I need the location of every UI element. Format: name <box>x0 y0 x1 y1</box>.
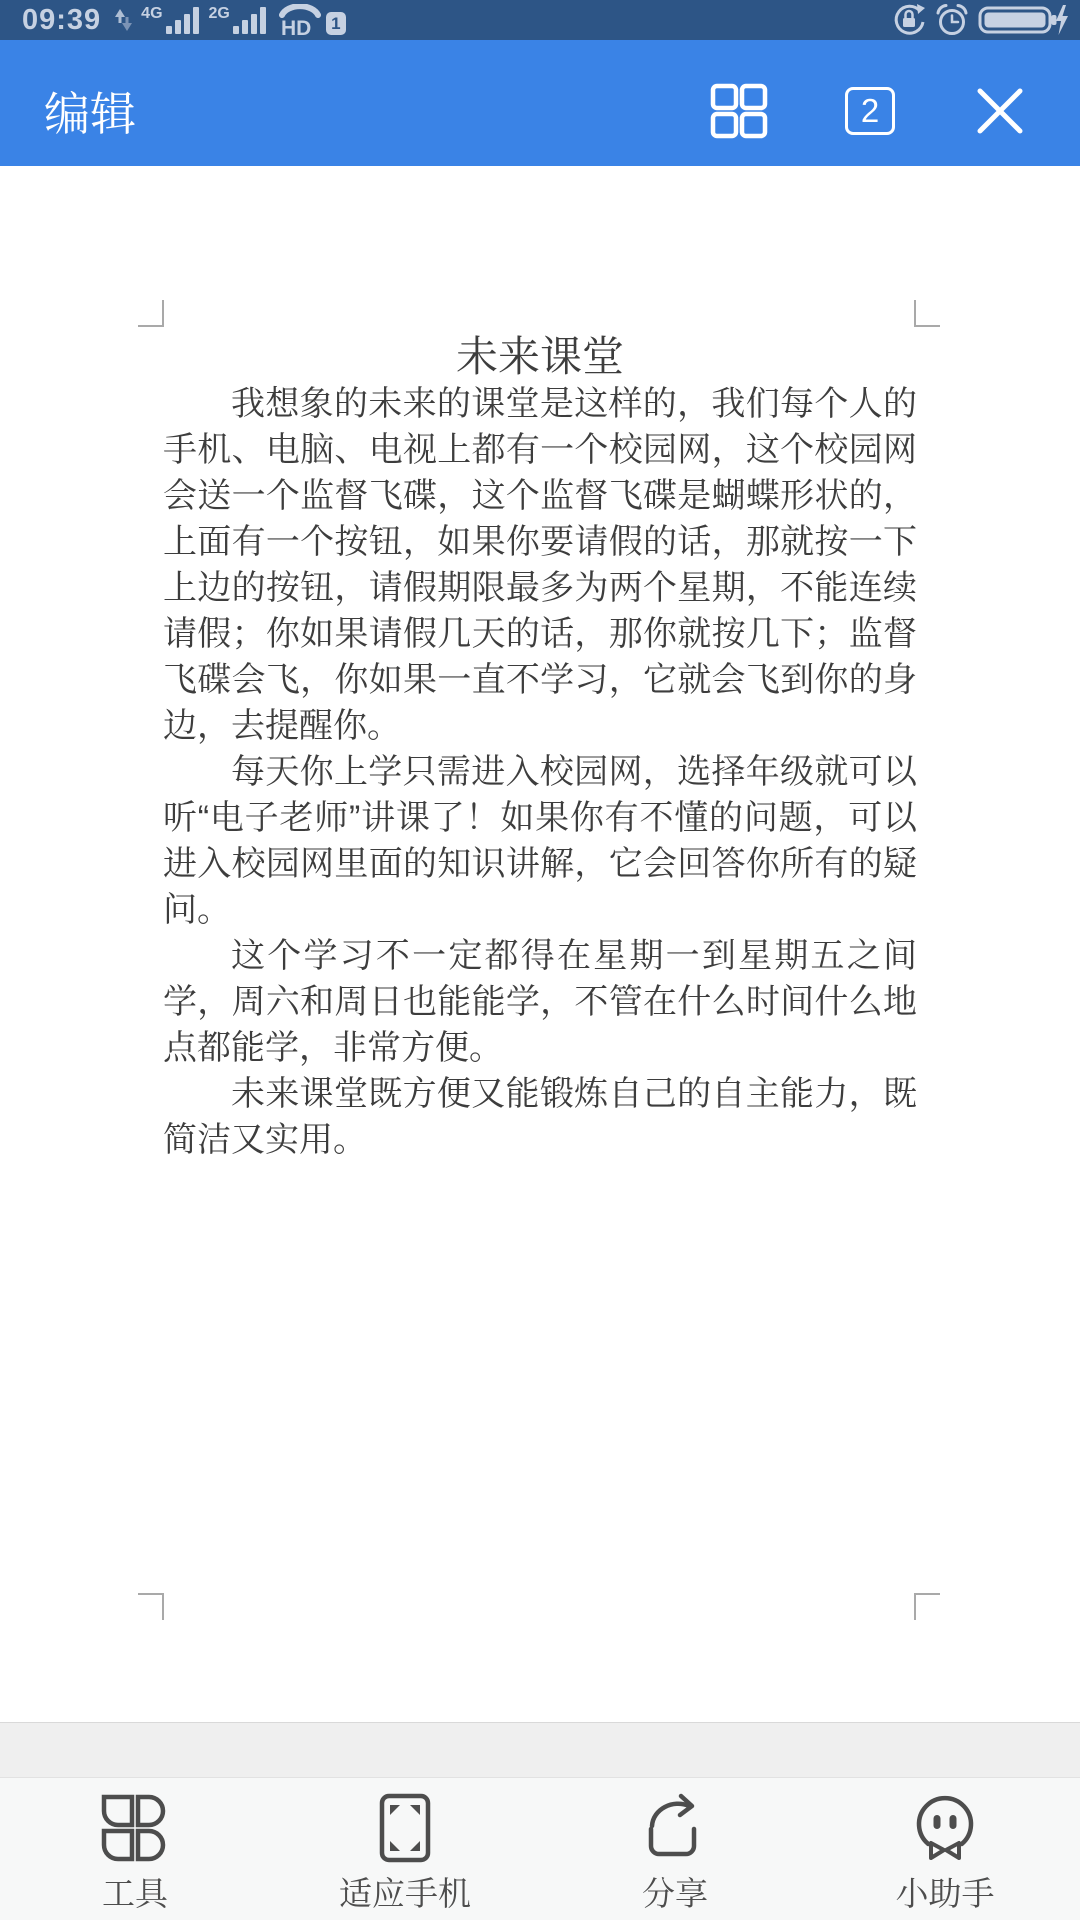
document-title: 未来课堂 <box>163 333 917 381</box>
share-button[interactable]: 分享 <box>540 1778 810 1920</box>
battery-charging-icon <box>978 4 1070 36</box>
tools-grid-icon <box>98 1790 172 1866</box>
document-count-value: 2 <box>861 92 879 130</box>
assistant-face-icon <box>909 1790 981 1866</box>
canvas-band <box>0 1722 1080 1777</box>
document-page[interactable]: 未来课堂 我想象的未来的课堂是这样的，我们每个人的手机、电脑、电视上都有一个校园… <box>0 166 1080 1722</box>
tool-label: 适应手机 <box>339 1868 471 1915</box>
network-type-label: 2G <box>209 5 230 23</box>
margin-mark-bottom-right <box>914 1593 940 1620</box>
tool-label: 工具 <box>102 1868 168 1915</box>
volte-hd-phone-icon: HD <box>276 4 324 36</box>
sim-badge: 1 <box>326 12 346 35</box>
assistant-button[interactable]: 小助手 <box>810 1778 1080 1920</box>
rotation-lock-icon <box>892 3 926 37</box>
fit-phone-icon <box>377 1790 433 1866</box>
fit-phone-button[interactable]: 适应手机 <box>270 1778 540 1920</box>
tool-label: 小助手 <box>896 1868 995 1915</box>
paragraph: 每天你上学只需进入校园网，选择年级就可以听“电子老师”讲课了！如果你有不懂的问题… <box>163 749 917 933</box>
close-button[interactable] <box>972 83 1028 139</box>
document-count-button[interactable]: 2 <box>845 87 895 135</box>
data-arrows-icon <box>114 7 134 33</box>
margin-mark-top-right <box>914 300 940 327</box>
status-right-icons <box>892 3 1070 37</box>
paragraph: 未来课堂既方便又能锻炼自己的自主能力，既简洁又实用。 <box>163 1071 917 1163</box>
screen: 09:39 4G 2G <box>0 0 1080 1920</box>
document-body: 我想象的未来的课堂是这样的，我们每个人的手机、电脑、电视上都有一个校园网，这个校… <box>163 381 917 1163</box>
paragraph: 我想象的未来的课堂是这样的，我们每个人的手机、电脑、电视上都有一个校园网，这个校… <box>163 381 917 749</box>
status-bar: 09:39 4G 2G <box>0 0 1080 40</box>
svg-text:HD: HD <box>281 17 311 36</box>
app-header: 编辑 2 <box>0 40 1080 166</box>
network-2: 2G <box>209 0 269 40</box>
volte-hd-indicator: HD 1 <box>276 0 346 40</box>
tool-label: 分享 <box>642 1868 708 1915</box>
margin-mark-bottom-left <box>138 1593 164 1620</box>
components-grid-icon[interactable] <box>710 83 768 139</box>
margin-mark-top-left <box>138 300 164 327</box>
status-time: 09:39 <box>22 4 101 37</box>
tools-button[interactable]: 工具 <box>0 1778 270 1920</box>
share-icon <box>639 1790 711 1866</box>
edit-mode-button[interactable]: 编辑 <box>44 78 136 144</box>
bottom-toolbar: 工具 适应手机 分享 <box>0 1777 1080 1920</box>
alarm-clock-icon <box>935 3 969 37</box>
network-1: 4G <box>141 0 201 40</box>
signal-bars-icon <box>164 5 202 35</box>
network-type-label: 4G <box>141 5 162 23</box>
signal-bars-icon <box>231 5 269 35</box>
paragraph: 这个学习不一定都得在星期一到星期五之间学，周六和周日也能能学，不管在什么时间什么… <box>163 933 917 1071</box>
close-icon <box>972 83 1028 139</box>
